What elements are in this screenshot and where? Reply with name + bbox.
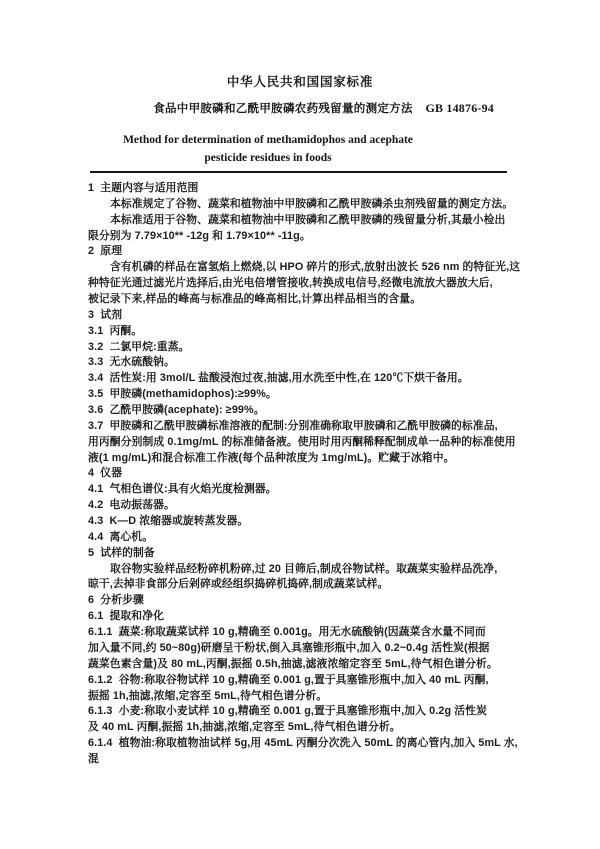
text-line: 4 仪器: [88, 466, 528, 482]
text-line: 3.7 甲胺磷和乙酰甲胺磷标准溶液的配制:分别准确称取甲胺磷和乙酰甲胺磷的标准品…: [88, 419, 528, 435]
text-line: 2 原理: [88, 244, 528, 260]
text-line: 3.5 甲胺磷(methamidophos):≥99%。: [88, 387, 528, 403]
text-line: 种特征光通过滤光片选择后,由光电倍增管接收,转换成电信号,经微电流放大器放大后,: [88, 276, 528, 292]
text-line: 3.1 丙酮。: [88, 324, 528, 340]
text-line: 6.1.2 谷物:称取谷物试样 10 g,精确至 0.001 g,置于具塞锥形瓶…: [88, 673, 528, 689]
document-body: 1 主题内容与适用范围本标准规定了谷物、蔬菜和植物油中甲胺磷和乙酰甲胺磷杀虫剂残…: [88, 181, 528, 768]
document-page: 中华人民共和国国家标准 食品中甲胺磷和乙酰甲胺磷农药残留量的测定方法 GB 14…: [0, 0, 600, 849]
text-line: 4.2 电动振荡器。: [88, 498, 528, 514]
document-title-zh: 食品中甲胺磷和乙酰甲胺磷农药残留量的测定方法: [153, 103, 413, 115]
text-line: 3.3 无水硫酸钠。: [88, 355, 528, 371]
text-line: 4.1 气相色谱仪:具有火焰光度检测器。: [88, 482, 528, 498]
standard-code: GB 14876-94: [425, 101, 494, 116]
text-line: 3.2 二氯甲烷:重蒸。: [88, 340, 528, 356]
text-line: 加入量不同,约 50~80g)研磨呈干粉状,倒入具塞锥形瓶中,加入 0.2~0.…: [88, 641, 528, 657]
national-standard-label: 中华人民共和国国家标准: [0, 72, 600, 90]
text-line: 晾干,去掉非食部分后剁碎或经组织捣碎机捣碎,制成蔬菜试样。: [88, 577, 528, 593]
text-line: 用丙酮分别制成 0.1mg/mL 的标准储备液。使用时用丙酮稀释配制成单一品种的…: [88, 435, 528, 451]
text-line: 被记录下来,样品的峰高与标准品的峰高相比,计算出样品相当的含量。: [88, 292, 528, 308]
text-line: 6 分析步骤: [88, 593, 528, 609]
text-line: 6.1.3 小麦:称取小麦试样 10 g,精确至 0.001 g,置于具塞锥形瓶…: [88, 704, 528, 720]
document-title-en-line2: pesticide residues in foods: [88, 152, 508, 164]
text-line: 6.1.1 蔬菜:称取蔬菜试样 10 g,精确至 0.001g。用无水硫酸钠(因…: [88, 625, 528, 641]
text-line: 本标准适用于谷物、蔬菜和植物油中甲胺磷和乙酰甲胺磷的残留量分析,其最小检出: [88, 213, 528, 229]
title-row: 食品中甲胺磷和乙酰甲胺磷农药残留量的测定方法 GB 14876-94: [88, 100, 508, 116]
text-line: 4.4 离心机。: [88, 530, 528, 546]
text-line: 5 试样的制备: [88, 546, 528, 562]
text-line: 及 40 mL 丙酮,振摇 1h,抽滤,浓缩,定容至 5mL,待气相色谱分析。: [88, 720, 528, 736]
text-line: 混: [88, 752, 528, 768]
text-line: 3.6 乙酰甲胺磷(acephate): ≥99%。: [88, 403, 528, 419]
text-line: 本标准规定了谷物、蔬菜和植物油中甲胺磷和乙酰甲胺磷杀虫剂残留量的测定方法。: [88, 197, 528, 213]
text-line: 4.3 K—D 浓缩器或旋转蒸发器。: [88, 514, 528, 530]
header-divider: [90, 171, 507, 173]
text-line: 3 试剂: [88, 308, 528, 324]
text-line: 3.4 活性炭:用 3mol/L 盐酸浸泡过夜,抽滤,用水洗至中性,在 120℃…: [88, 371, 528, 387]
text-line: 6.1.4 植物油:称取植物油试样 5g,用 45mL 丙酮分次洗入 50mL …: [88, 736, 528, 752]
text-line: 振摇 1h,抽滤,浓缩,定容至 5mL,待气相色谱分析。: [88, 689, 528, 705]
text-line: 含有机磷的样品在富氢焰上燃烧,以 HPO 碎片的形式,放射出波长 526 nm …: [88, 260, 528, 276]
text-line: 限分别为 7.79×10** -12g 和 1.79×10** -11g。: [88, 229, 528, 245]
text-line: 取谷物实验样品经粉碎机粉碎,过 20 目筛后,制成谷物试样。取蔬菜实验样品洗净,: [88, 562, 528, 578]
text-line: 6.1 提取和净化: [88, 609, 528, 625]
document-title-en-line1: Method for determination of methamidopho…: [88, 134, 508, 146]
text-line: 液(1 mg/mL)和混合标准工作液(每个品种浓度为 1mg/mL)。贮藏于冰箱…: [88, 451, 528, 467]
text-line: 1 主题内容与适用范围: [88, 181, 528, 197]
text-line: 蔬菜色素含量)及 80 mL,丙酮,振摇 0.5h,抽滤,滤液浓缩定容至 5mL…: [88, 657, 528, 673]
